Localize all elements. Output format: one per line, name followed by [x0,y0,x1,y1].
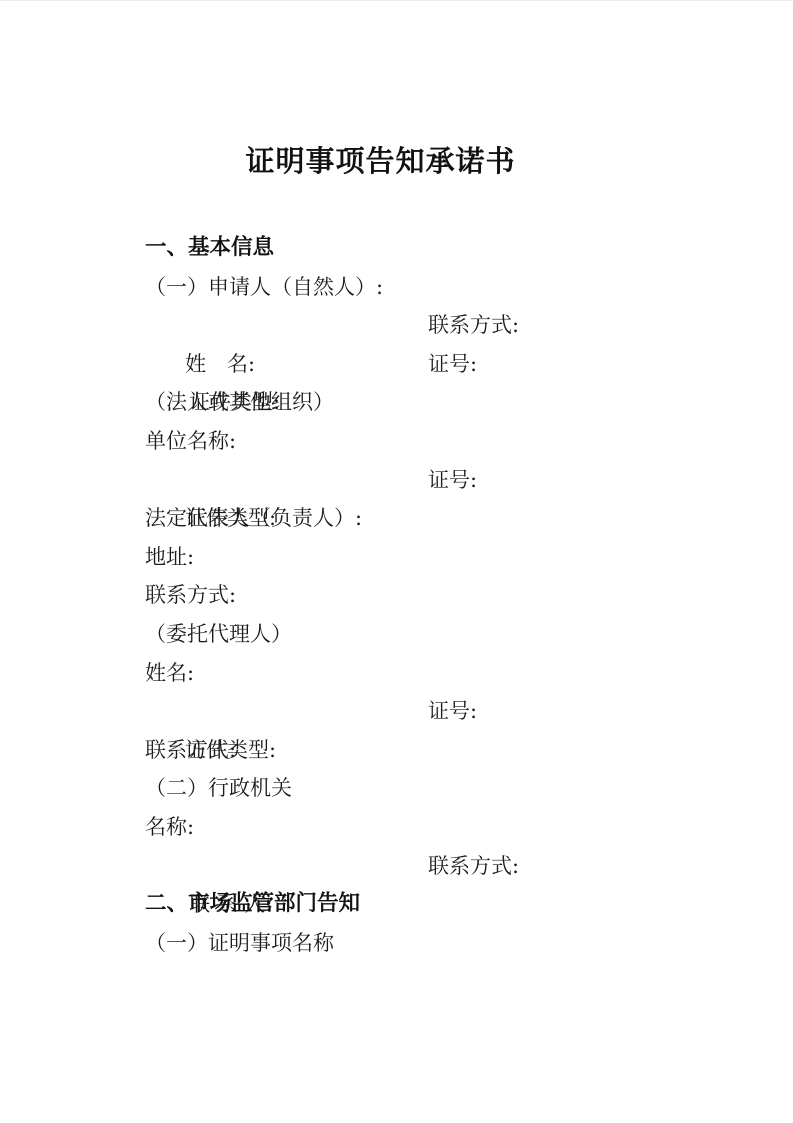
label-entrusted-agent: （委托代理人） [145,615,685,654]
label-org-contact-method: 联系方式: [145,576,685,615]
label-certification-item-name: （一）证明事项名称 [145,924,685,963]
row-name-contact: 姓 名: 联系方式: [145,306,685,345]
row-id-type-number-3: 证件类型: 证号: [145,692,685,731]
section-heading-basic-info: 一、基本信息 [145,229,685,268]
label-id-number: 证号: [428,461,477,500]
row-id-type-number-1: 证件类型: 证号: [145,345,685,384]
label-id-number: 证号: [428,345,477,384]
label-applicant-natural-person: （一）申请人（自然人）: [145,268,685,307]
label-organ-name: 名称: [145,808,685,847]
label-contact-method: 联系方式: [428,306,519,345]
label-legal-person-or-org: （法人或其他组织） [145,383,685,422]
label-legal-representative: 法定代表人（负责人）: [145,499,685,538]
label-agent-contact-method: 联系方式: [145,731,685,770]
label-contact-method: 联系方式: [428,847,519,886]
row-contact-person: 联 系 人: 联系方式: [145,847,685,886]
section-heading-market-regulation-notice: 二、市场监管部门告知 [145,885,685,924]
label-company-name: 单位名称: [145,422,685,461]
document-body: 一、基本信息 （一）申请人（自然人）: 姓 名: 联系方式: 证件类型: 证号:… [145,229,685,962]
label-id-number: 证号: [428,692,477,731]
label-address: 地址: [145,538,685,577]
page-title: 证明事项告知承诺书 [0,143,761,179]
row-id-type-number-2: 证件类型: 证号: [145,461,685,500]
document-page: 证明事项告知承诺书 一、基本信息 （一）申请人（自然人）: 姓 名: 联系方式:… [0,0,793,1123]
label-agent-name: 姓名: [145,654,685,693]
label-administrative-organ: （二）行政机关 [145,769,685,808]
